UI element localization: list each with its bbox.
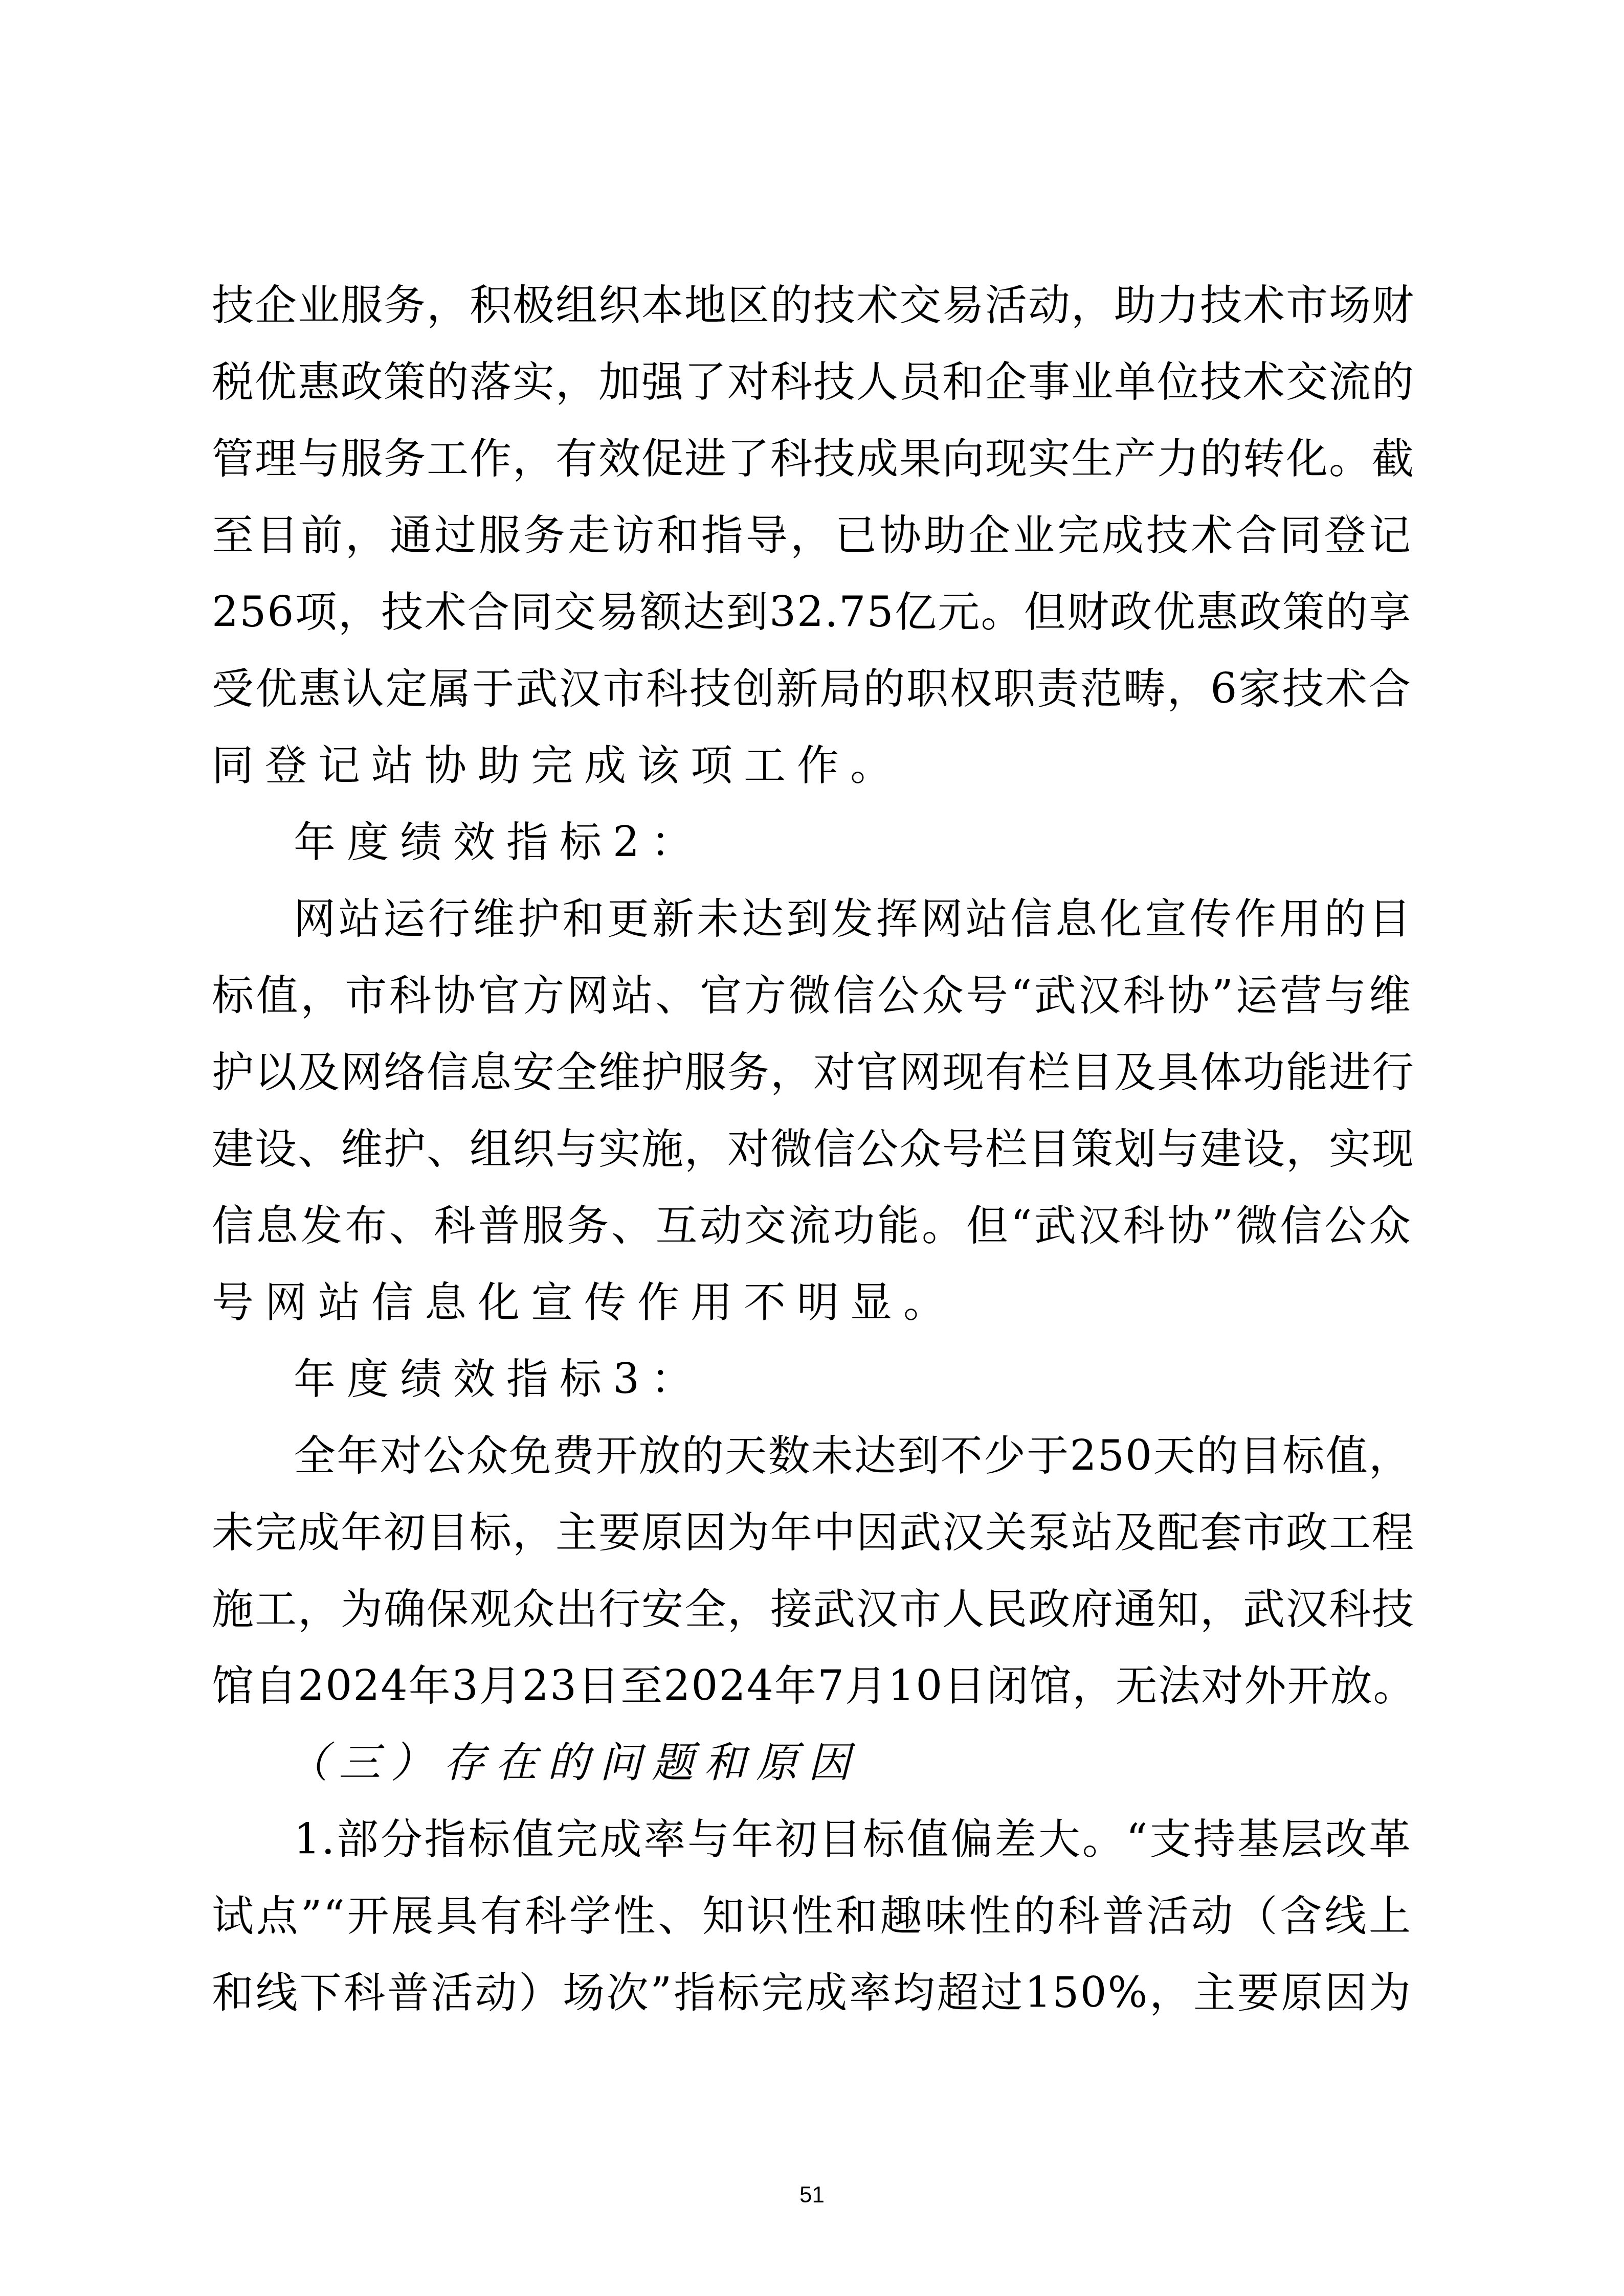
body-text-line: 税优惠政策的落实，加强了对科技人员和企事业单位技术交流的 — [212, 354, 1412, 411]
body-text-line: 同登记站协助完成该项工作。 — [212, 738, 1412, 794]
body-text-line: 全年对公众免费开放的天数未达到不少于250天的目标值， — [294, 1428, 1412, 1484]
body-text-line: 至目前，通过服务走访和指导，已协助企业完成技术合同登记 — [212, 508, 1412, 564]
indicator-label: 年度绩效指标3： — [294, 1352, 1412, 1408]
body-text-line: 1.部分指标值完成率与年初目标值偏差大。“支持基层改革 — [294, 1812, 1412, 1868]
body-text-line: 建设、维护、组织与实施，对微信公众号栏目策划与建设，实现 — [212, 1121, 1412, 1178]
body-text-line: 管理与服务工作，有效促进了科技成果向现实生产力的转化。截 — [212, 431, 1412, 487]
page-number: 51 — [0, 2182, 1624, 2208]
section-heading: （三）存在的问题和原因 — [286, 1735, 1054, 1791]
body-text-line: 馆自2024年3月23日至2024年7月10日闭馆，无法对外开放。 — [212, 1658, 1412, 1715]
indicator-label: 年度绩效指标2： — [294, 815, 1412, 871]
body-text-line: 标值，市科协官方网站、官方微信公众号“武汉科协”运营与维 — [212, 968, 1412, 1024]
body-text-line: 技企业服务，积极组织本地区的技术交易活动，助力技术市场财 — [212, 278, 1412, 334]
document-page: 技企业服务，积极组织本地区的技术交易活动，助力技术市场财 税优惠政策的落实，加强… — [0, 0, 1624, 2296]
body-text-line: 受优惠认定属于武汉市科技创新局的职权职责范畴，6家技术合 — [212, 661, 1412, 717]
body-text-line: 试点”“开展具有科学性、知识性和趣味性的科普活动（含线上 — [212, 1888, 1412, 1945]
body-text-line: 未完成年初目标，主要原因为年中因武汉关泵站及配套市政工程 — [212, 1505, 1412, 1561]
body-text-line: 网站运行维护和更新未达到发挥网站信息化宣传作用的目 — [294, 891, 1412, 948]
body-text-line: 信息发布、科普服务、互动交流功能。但“武汉科协”微信公众 — [212, 1198, 1412, 1254]
body-text-line: 护以及网络信息安全维护服务，对官网现有栏目及具体功能进行 — [212, 1045, 1412, 1101]
body-text-line: 号网站信息化宣传作用不明显。 — [212, 1275, 1412, 1331]
body-text-line: 和线下科普活动）场次”指标完成率均超过150%，主要原因为 — [212, 1965, 1412, 2021]
body-text-line: 施工，为确保观众出行安全，接武汉市人民政府通知，武汉科技 — [212, 1582, 1412, 1638]
body-text-line: 256项，技术合同交易额达到32.75亿元。但财政优惠政策的享 — [212, 584, 1412, 641]
